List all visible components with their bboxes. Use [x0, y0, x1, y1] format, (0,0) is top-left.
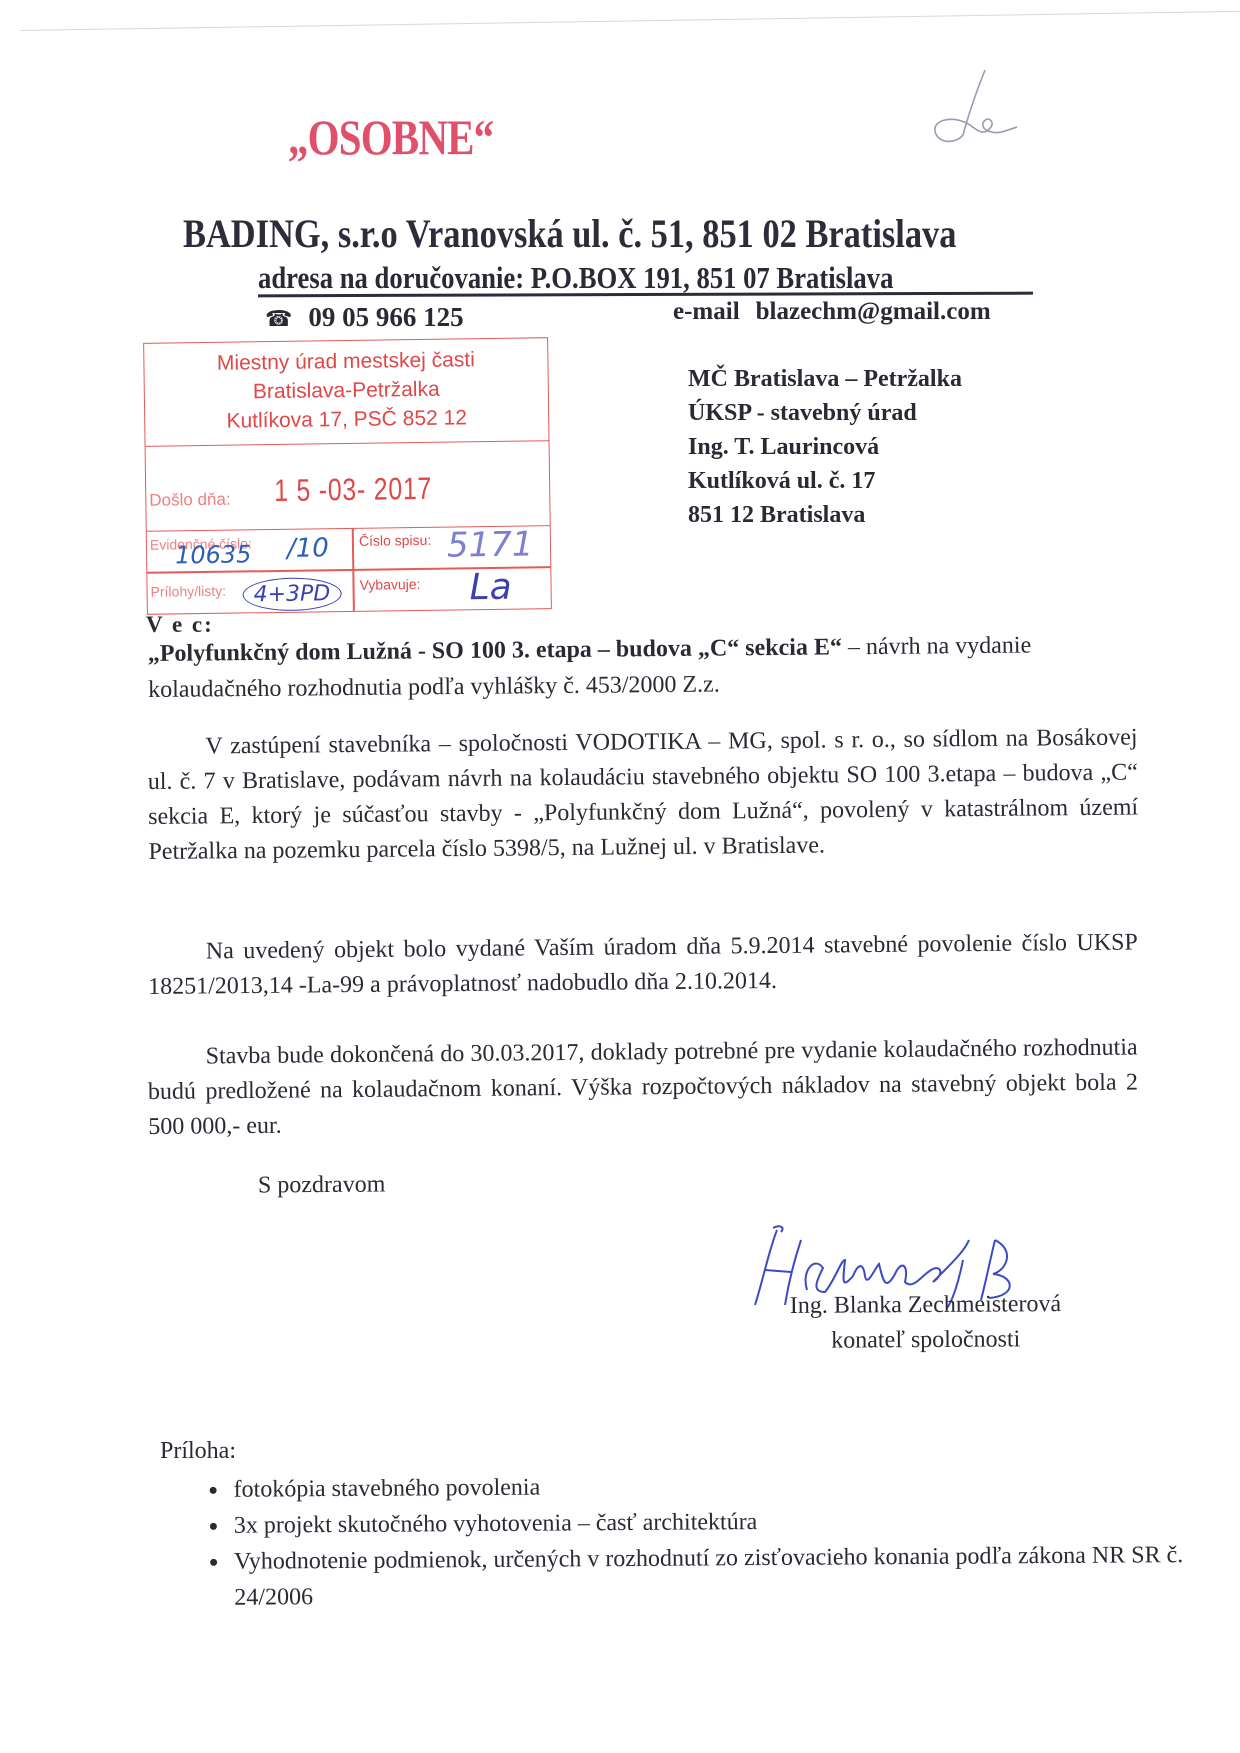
paragraph-text: Stavba bude dokončená do 30.03.2017, dok… — [147, 1030, 1138, 1144]
paragraph-text: Na uvedený objekt bolo vydané Vaším úrad… — [148, 925, 1139, 1005]
recipient-address: MČ Bratislava – Petržalka ÚKSP - stavebn… — [688, 362, 962, 532]
initials-handwritten — [925, 65, 1035, 155]
file-number-label: Číslo spisu: — [359, 532, 432, 549]
delivery-address: adresa na doručovanie: P.O.BOX 191, 851 … — [258, 260, 893, 296]
handler-label: Vybavuje: — [359, 576, 420, 593]
recipient-line: ÚKSP - stavebný úrad — [688, 396, 962, 430]
telephone-icon: ☎ — [265, 307, 292, 332]
stamp-received-row: Došlo dňa: 1 5 -03- 2017 — [146, 441, 550, 532]
phone-row: ☎09 05 966 125 — [265, 302, 464, 333]
attachments-list: fotokópia stavebného povolenia 3x projek… — [194, 1465, 1210, 1616]
attachments-label: Prílohy/listy: — [150, 583, 226, 600]
handler-initials: La — [469, 567, 512, 609]
body-paragraph: Na uvedený objekt bolo vydané Vaším úrad… — [148, 925, 1139, 1005]
recipient-line: MČ Bratislava – Petržalka — [688, 362, 962, 396]
phone-number: 09 05 966 125 — [308, 302, 463, 332]
company-header: BADING, s.r.o Vranovská ul. č. 51, 851 0… — [183, 210, 956, 257]
email-row: e-mailblazechm@gmail.com — [673, 298, 991, 326]
personal-mark: „OSOBNE“ — [288, 108, 493, 166]
attachments-count: 4+3PD — [242, 577, 341, 611]
registry-number: 10635 — [175, 540, 252, 569]
subject-title: „Polyfunkčný dom Lužná - SO 100 3. etapa… — [148, 634, 842, 667]
subject: „Polyfunkčný dom Lužná - SO 100 3. etapa… — [148, 626, 1139, 707]
file-number: 5171 — [447, 524, 534, 565]
body-paragraph: V zastúpení stavebníka – spoločnosti VOD… — [147, 721, 1138, 870]
attachments-title: Príloha: — [160, 1438, 236, 1465]
signer-block: Ing. Blanka Zechmeisterová konateľ spolo… — [790, 1287, 1062, 1359]
attachment-item: Vyhodnotenie podmienok, určených v rozho… — [230, 1537, 1210, 1616]
received-date: 1 5 -03- 2017 — [274, 471, 432, 509]
stamp-office: Miestny úrad mestskej časti Bratislava-P… — [144, 338, 548, 447]
received-label: Došlo dňa: — [149, 490, 231, 511]
recipient-line: 851 12 Bratislava — [688, 498, 962, 532]
recipient-line: Ing. T. Laurincová — [688, 430, 962, 464]
email-label: e-mail — [673, 298, 740, 325]
scan-edge-line — [20, 11, 1240, 31]
subject-label: V e c: — [146, 612, 214, 638]
signer-role: konateľ spoločnosti — [790, 1322, 1061, 1359]
stamp-office-line: Kutlíkova 17, PSČ 852 12 — [145, 402, 548, 437]
email-address[interactable]: blazechm@gmail.com — [756, 298, 991, 325]
signer-name: Ing. Blanka Zechmeisterová — [790, 1287, 1061, 1324]
registry-stamp: Miestny úrad mestskej časti Bratislava-P… — [143, 337, 552, 615]
recipient-line: Kutlíková ul. č. 17 — [688, 464, 962, 498]
registry-suffix: /10 — [287, 533, 329, 564]
body-paragraph: Stavba bude dokončená do 30.03.2017, dok… — [147, 1030, 1138, 1144]
greeting: S pozdravom — [258, 1172, 385, 1200]
paragraph-text: V zastúpení stavebníka – spoločnosti VOD… — [147, 721, 1138, 870]
